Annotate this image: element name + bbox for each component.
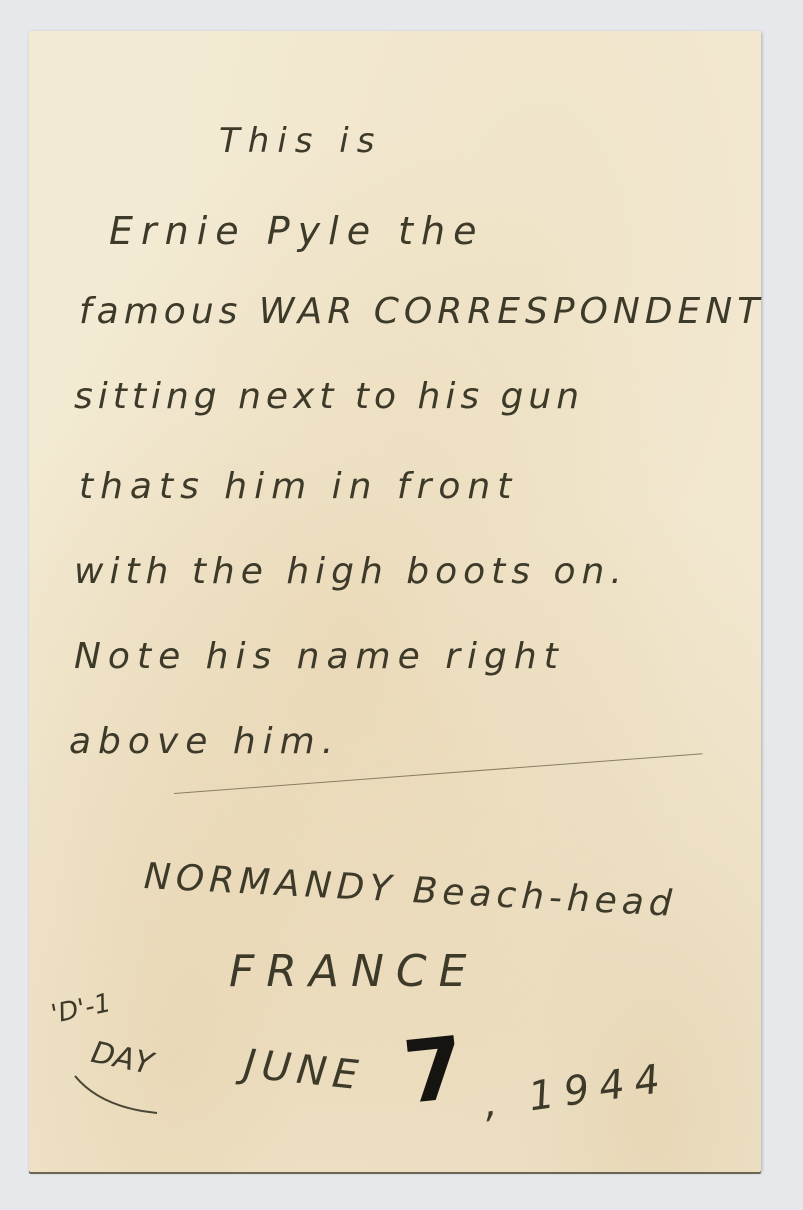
date-day: 7 (399, 1018, 469, 1124)
photo-back-card: This is Ernie Pyle the famous WAR CORRES… (29, 31, 761, 1172)
dday-note-top: 'D'-1 (49, 988, 114, 1030)
text-line-3: famous WAR CORRESPONDENT (79, 291, 764, 332)
country-text: FRANCE (229, 946, 478, 997)
text-line-8: above him. (69, 721, 340, 762)
date-month: JUNE (242, 1041, 366, 1099)
text-line-1: This is (219, 121, 382, 161)
text-line-5: thats him in front (79, 466, 518, 507)
date-year: , 1944 (481, 1055, 673, 1127)
text-line-4: sitting next to his gun (74, 376, 584, 417)
text-line-7: Note his name right (74, 636, 565, 677)
text-line-6: with the high boots on. (74, 551, 628, 592)
text-line-2: Ernie Pyle the (109, 209, 485, 253)
underline-swoosh-icon (67, 1071, 177, 1121)
location-text: NORMANDY Beach-head (143, 856, 678, 925)
